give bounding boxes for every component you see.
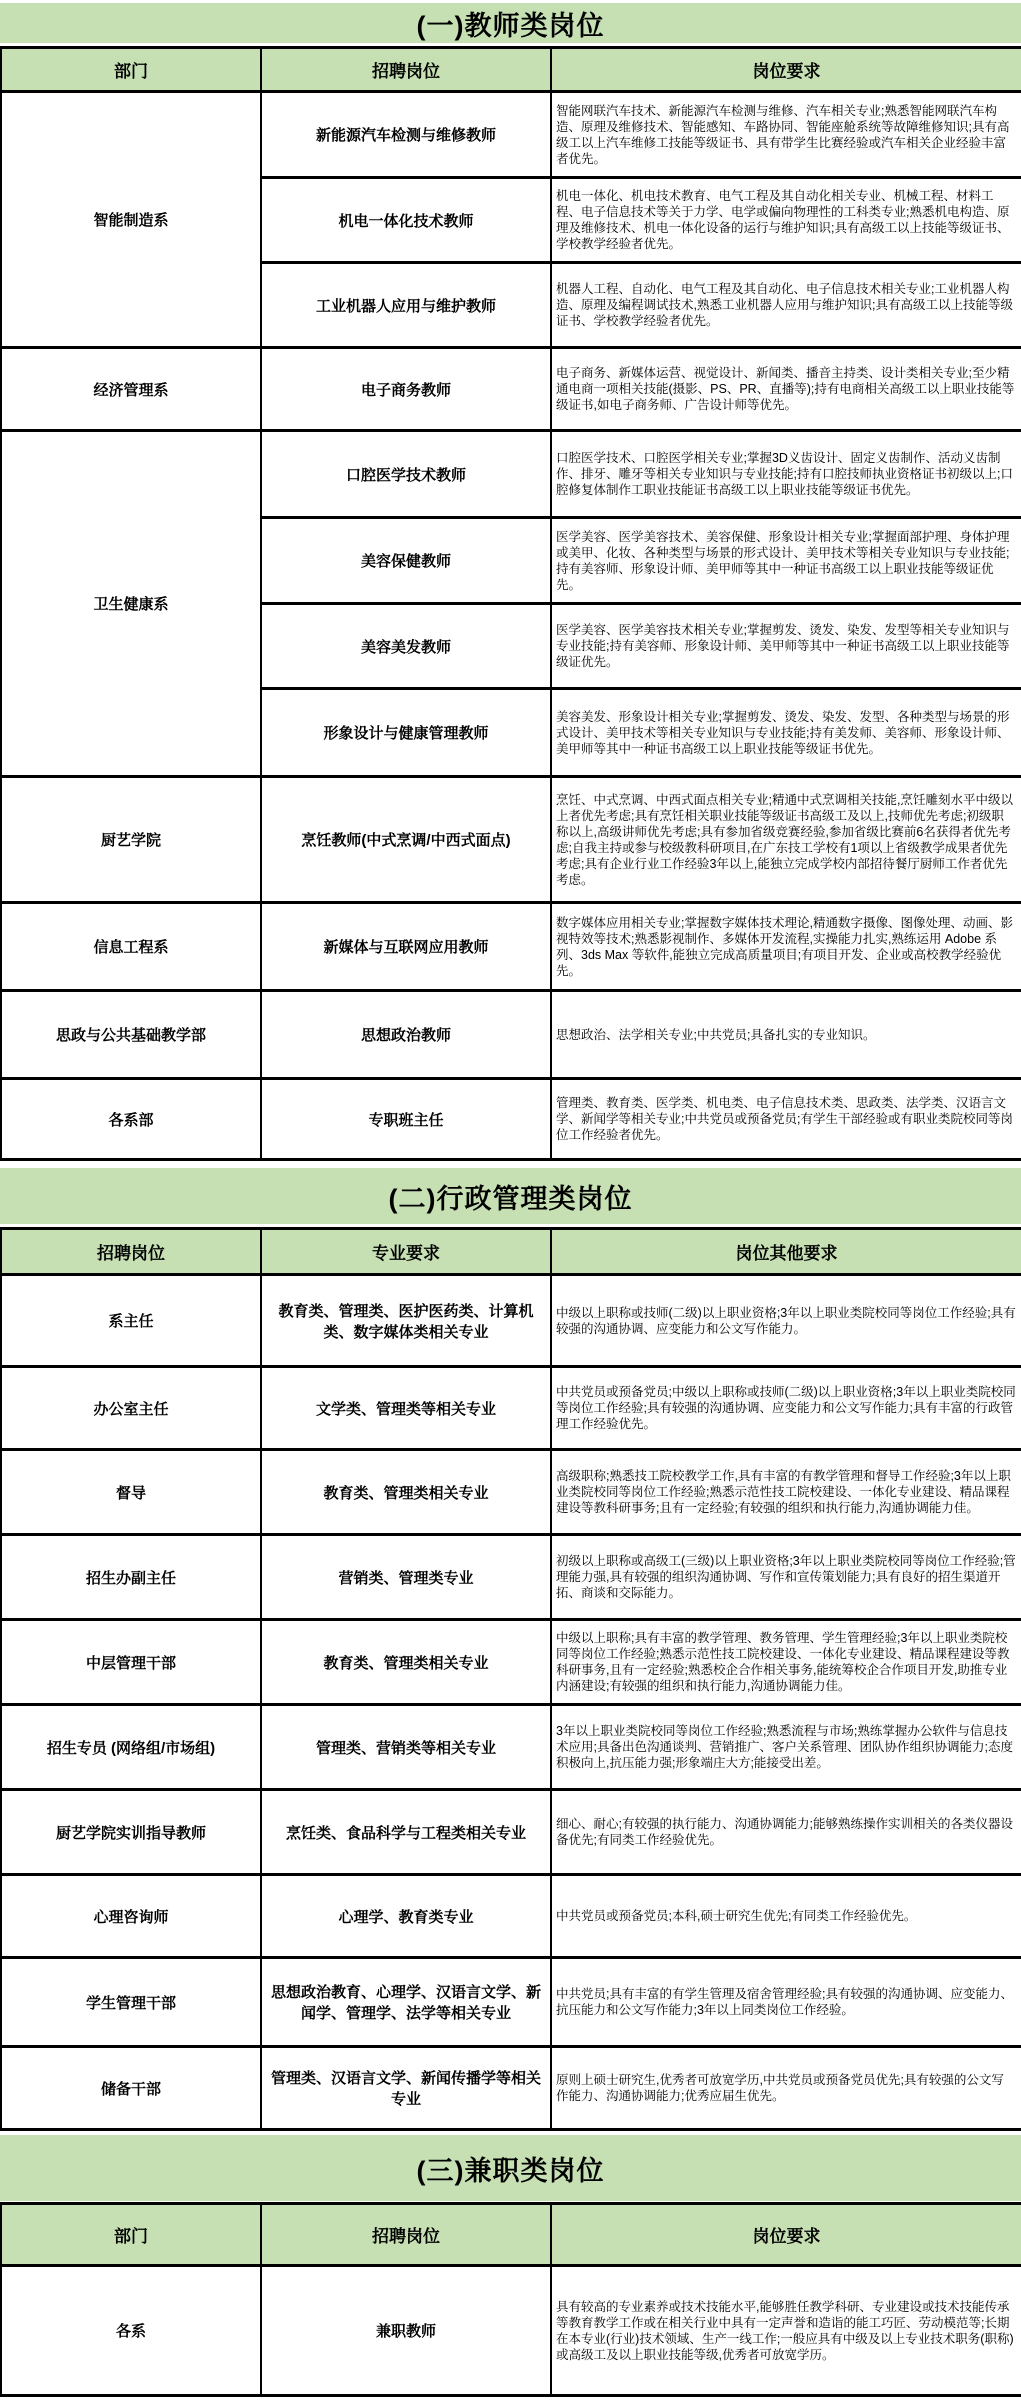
requirement-cell: 中共党员或预备党员;中级以上职称或技师(二级)以上职业资格;3年以上职业类院校同…: [551, 1367, 1021, 1450]
position-cell: 形象设计与健康管理教师: [261, 689, 551, 777]
column-header-requirement: 岗位要求: [551, 48, 1021, 92]
requirement-cell: 原则上硕士研究生,优秀者可放宽学历,中共党员或预备党员优先;具有较强的公文写作能…: [551, 2047, 1021, 2130]
position-cell: 厨艺学院实训指导教师: [1, 1790, 261, 1875]
position-cell: 机电一体化技术教师: [261, 178, 551, 263]
table-header-row: 部门 招聘岗位 岗位要求: [1, 2204, 1021, 2266]
table-row: 学生管理干部 思想政治教育、心理学、汉语言文学、新闻学、管理学、法学等相关专业 …: [1, 1958, 1021, 2047]
position-cell: 口腔医学技术教师: [261, 431, 551, 518]
section-title-admin: (二)行政管理类岗位: [0, 1168, 1021, 1224]
major-cell: 心理学、教育类专业: [261, 1875, 551, 1958]
position-cell: 招生办副主任: [1, 1535, 261, 1620]
position-cell: 兼职教师: [261, 2266, 551, 2396]
table-row: 招生专员 (网络组/市场组) 管理类、营销类等相关专业 3年以上职业类院校同等岗…: [1, 1705, 1021, 1790]
requirement-cell: 中级以上职称;具有丰富的教学管理、教务管理、学生管理经验;3年以上职业类院校同等…: [551, 1620, 1021, 1705]
major-cell: 教育类、管理类、医护医药类、计算机类、数字媒体类相关专业: [261, 1275, 551, 1367]
requirement-cell: 中级以上职称或技师(二级)以上职业资格;3年以上职业类院校同等岗位工作经验;具有…: [551, 1275, 1021, 1367]
major-cell: 管理类、营销类等相关专业: [261, 1705, 551, 1790]
section-title-parttime: (三)兼职类岗位: [0, 2135, 1021, 2201]
column-header-department: 部门: [1, 48, 261, 92]
requirement-cell: 烹饪、中式烹调、中西式面点相关专业;精通中式烹调相关技能,烹饪雕刻水平中级以上者…: [551, 777, 1021, 903]
table-row: 各系部 专职班主任 管理类、教育类、医学类、机电类、电子信息技术类、思政类、法学…: [1, 1079, 1021, 1160]
requirement-cell: 电子商务、新媒体运营、视觉设计、新闻类、播音主持类、设计类相关专业;至少精通电商…: [551, 348, 1021, 431]
department-cell: 厨艺学院: [1, 777, 261, 903]
table-row: 厨艺学院 烹饪教师(中式烹调/中西式面点) 烹饪、中式烹调、中西式面点相关专业;…: [1, 777, 1021, 903]
major-cell: 教育类、管理类相关专业: [261, 1620, 551, 1705]
major-cell: 教育类、管理类相关专业: [261, 1450, 551, 1535]
position-cell: 新媒体与互联网应用教师: [261, 903, 551, 991]
teachers-table: 部门 招聘岗位 岗位要求 智能制造系 新能源汽车检测与维修教师 智能网联汽车技术…: [0, 46, 1021, 1161]
position-cell: 系主任: [1, 1275, 261, 1367]
department-cell: 各系: [1, 2266, 261, 2396]
requirement-cell: 初级以上职称或高级工(三级)以上职业资格;3年以上职业类院校同等岗位工作经验;管…: [551, 1535, 1021, 1620]
column-header-position: 招聘岗位: [261, 2204, 551, 2266]
requirement-cell: 管理类、教育类、医学类、机电类、电子信息技术类、思政类、法学类、汉语言文学、新闻…: [551, 1079, 1021, 1160]
column-header-position: 招聘岗位: [261, 48, 551, 92]
major-cell: 营销类、管理类专业: [261, 1535, 551, 1620]
major-cell: 思想政治教育、心理学、汉语言文学、新闻学、管理学、法学等相关专业: [261, 1958, 551, 2047]
department-cell: 思政与公共基础教学部: [1, 991, 261, 1079]
requirement-cell: 中共党员或预备党员;本科,硕士研究生优先;有同类工作经验优先。: [551, 1875, 1021, 1958]
parttime-table: 部门 招聘岗位 岗位要求 各系 兼职教师 具有较高的专业素养或技术技能水平,能够…: [0, 2202, 1021, 2397]
requirement-cell: 3年以上职业类院校同等岗位工作经验;熟悉流程与市场;熟练掌握办公软件与信息技术应…: [551, 1705, 1021, 1790]
admin-table: 招聘岗位 专业要求 岗位其他要求 系主任 教育类、管理类、医护医药类、计算机类、…: [0, 1227, 1021, 2131]
requirement-cell: 高级职称;熟悉技工院校教学工作,具有丰富的有教学管理和督导工作经验;3年以上职业…: [551, 1450, 1021, 1535]
table-row: 信息工程系 新媒体与互联网应用教师 数字媒体应用相关专业;掌握数字媒体技术理论,…: [1, 903, 1021, 991]
requirement-cell: 数字媒体应用相关专业;掌握数字媒体技术理论,精通数字摄像、图像处理、动画、影视特…: [551, 903, 1021, 991]
department-cell: 智能制造系: [1, 92, 261, 348]
requirement-cell: 医学美容、医学美容技术、美容保健、形象设计相关专业;掌握面部护理、身体护理或美甲…: [551, 518, 1021, 604]
table-row: 思政与公共基础教学部 思想政治教师 思想政治、法学相关专业;中共党员;具备扎实的…: [1, 991, 1021, 1079]
position-cell: 新能源汽车检测与维修教师: [261, 92, 551, 178]
table-row: 招生办副主任 营销类、管理类专业 初级以上职称或高级工(三级)以上职业资格;3年…: [1, 1535, 1021, 1620]
section-title-teachers: (一)教师类岗位: [0, 3, 1021, 43]
position-cell: 工业机器人应用与维护教师: [261, 263, 551, 348]
requirement-cell: 智能网联汽车技术、新能源汽车检测与维修、汽车相关专业;熟悉智能网联汽车构造、原理…: [551, 92, 1021, 178]
table-row: 储备干部 管理类、汉语言文学、新闻传播学等相关专业 原则上硕士研究生,优秀者可放…: [1, 2047, 1021, 2130]
position-cell: 心理咨询师: [1, 1875, 261, 1958]
table-header-row: 部门 招聘岗位 岗位要求: [1, 48, 1021, 92]
position-cell: 烹饪教师(中式烹调/中西式面点): [261, 777, 551, 903]
requirement-cell: 医学美容、医学美容技术相关专业;掌握剪发、烫发、染发、发型等相关专业知识与专业技…: [551, 604, 1021, 689]
position-cell: 学生管理干部: [1, 1958, 261, 2047]
requirement-cell: 机器人工程、自动化、电气工程及其自动化、电子信息技术相关专业;工业机器人构造、原…: [551, 263, 1021, 348]
table-row: 厨艺学院实训指导教师 烹饪类、食品科学与工程类相关专业 细心、耐心;有较强的执行…: [1, 1790, 1021, 1875]
department-cell: 各系部: [1, 1079, 261, 1160]
position-cell: 督导: [1, 1450, 261, 1535]
requirement-cell: 细心、耐心;有较强的执行能力、沟通协调能力;能够熟练操作实训相关的各类仪器设备优…: [551, 1790, 1021, 1875]
major-cell: 烹饪类、食品科学与工程类相关专业: [261, 1790, 551, 1875]
position-cell: 办公室主任: [1, 1367, 261, 1450]
major-cell: 文学类、管理类等相关专业: [261, 1367, 551, 1450]
table-row: 心理咨询师 心理学、教育类专业 中共党员或预备党员;本科,硕士研究生优先;有同类…: [1, 1875, 1021, 1958]
department-cell: 信息工程系: [1, 903, 261, 991]
requirement-cell: 口腔医学技术、口腔医学相关专业;掌握3D义齿设计、固定义齿制作、活动义齿制作、排…: [551, 431, 1021, 518]
position-cell: 招生专员 (网络组/市场组): [1, 1705, 261, 1790]
table-row: 经济管理系 电子商务教师 电子商务、新媒体运营、视觉设计、新闻类、播音主持类、设…: [1, 348, 1021, 431]
column-header-requirement: 岗位要求: [551, 2204, 1021, 2266]
position-cell: 中层管理干部: [1, 1620, 261, 1705]
position-cell: 美容美发教师: [261, 604, 551, 689]
position-cell: 专职班主任: [261, 1079, 551, 1160]
requirement-cell: 中共党员;具有丰富的有学生管理及宿舍管理经验;具有较强的沟通协调、应变能力、抗压…: [551, 1958, 1021, 2047]
table-row: 中层管理干部 教育类、管理类相关专业 中级以上职称;具有丰富的教学管理、教务管理…: [1, 1620, 1021, 1705]
column-header-position: 招聘岗位: [1, 1229, 261, 1275]
recruitment-notice-page: (一)教师类岗位 部门 招聘岗位 岗位要求 智能制造系 新能源汽车检测与维修教师…: [0, 3, 1021, 2397]
position-cell: 思想政治教师: [261, 991, 551, 1079]
column-header-major: 专业要求: [261, 1229, 551, 1275]
table-row: 督导 教育类、管理类相关专业 高级职称;熟悉技工院校教学工作,具有丰富的有教学管…: [1, 1450, 1021, 1535]
column-header-department: 部门: [1, 2204, 261, 2266]
department-cell: 卫生健康系: [1, 431, 261, 777]
requirement-cell: 思想政治、法学相关专业;中共党员;具备扎实的专业知识。: [551, 991, 1021, 1079]
requirement-cell: 机电一体化、机电技术教育、电气工程及其自动化相关专业、机械工程、材料工程、电子信…: [551, 178, 1021, 263]
table-row: 智能制造系 新能源汽车检测与维修教师 智能网联汽车技术、新能源汽车检测与维修、汽…: [1, 92, 1021, 178]
position-cell: 电子商务教师: [261, 348, 551, 431]
column-header-other-requirement: 岗位其他要求: [551, 1229, 1021, 1275]
table-row: 各系 兼职教师 具有较高的专业素养或技术技能水平,能够胜任教学科研、专业建设或技…: [1, 2266, 1021, 2396]
table-row: 卫生健康系 口腔医学技术教师 口腔医学技术、口腔医学相关专业;掌握3D义齿设计、…: [1, 431, 1021, 518]
position-cell: 美容保健教师: [261, 518, 551, 604]
department-cell: 经济管理系: [1, 348, 261, 431]
requirement-cell: 美容美发、形象设计相关专业;掌握剪发、烫发、染发、发型、各种类型与场景的形式设计…: [551, 689, 1021, 777]
table-row: 系主任 教育类、管理类、医护医药类、计算机类、数字媒体类相关专业 中级以上职称或…: [1, 1275, 1021, 1367]
table-row: 办公室主任 文学类、管理类等相关专业 中共党员或预备党员;中级以上职称或技师(二…: [1, 1367, 1021, 1450]
major-cell: 管理类、汉语言文学、新闻传播学等相关专业: [261, 2047, 551, 2130]
table-header-row: 招聘岗位 专业要求 岗位其他要求: [1, 1229, 1021, 1275]
position-cell: 储备干部: [1, 2047, 261, 2130]
requirement-cell: 具有较高的专业素养或技术技能水平,能够胜任教学科研、专业建设或技术技能传承等教育…: [551, 2266, 1021, 2396]
